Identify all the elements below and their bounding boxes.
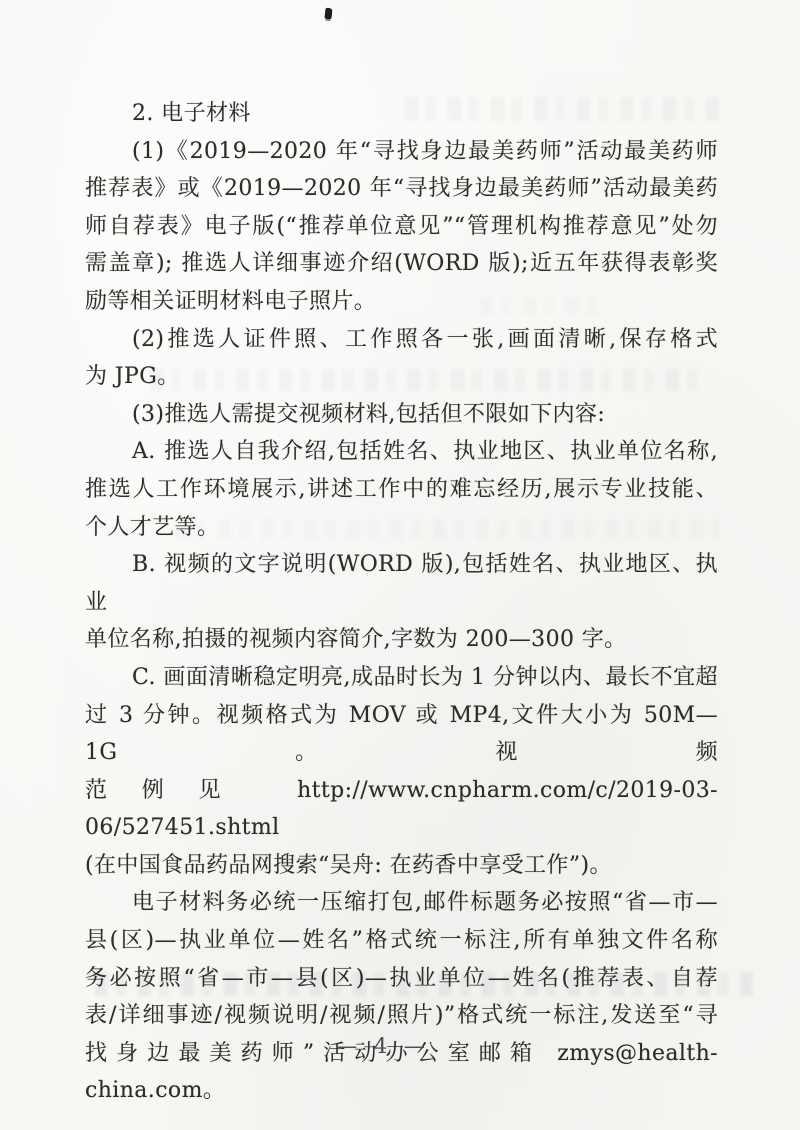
text-line: (1)《2019—2020 年“寻找身边最美药师”活动最美药师 bbox=[85, 133, 718, 171]
text-line: C. 画面清晰稳定明亮,成品时长为 1 分钟以内、最长不宜超 bbox=[85, 659, 718, 697]
text-line: (在中国食品药品网搜索“吴舟: 在药香中享受工作”)。 bbox=[85, 847, 718, 885]
text-line: 2. 电子材料 bbox=[85, 95, 718, 133]
text-line: 电子材料务必统一压缩打包,邮件标题务必按照“省—市— bbox=[85, 884, 718, 922]
text-line: 为 JPG。 bbox=[85, 358, 718, 396]
text-line: 师自荐表》电子版(“推荐单位意见”“管理机构推荐意见”处勿 bbox=[85, 208, 718, 246]
text-line: A. 推选人自我介绍,包括姓名、执业地区、执业单位名称, bbox=[85, 433, 718, 471]
text-line: (2)推选人证件照、工作照各一张,画面清晰,保存格式 bbox=[85, 321, 718, 359]
page-number: — 4 — bbox=[0, 1034, 766, 1058]
text-line: B. 视频的文字说明(WORD 版),包括姓名、执业地区、执业 bbox=[85, 546, 718, 621]
text-line: 范例见 http://www.cnpharm.com/c/2019-03-06/… bbox=[85, 772, 718, 847]
scanned-document-page: 2. 电子材料(1)《2019—2020 年“寻找身边最美药师”活动最美药师推荐… bbox=[0, 0, 800, 1130]
text-line: 励等相关证明材料电子照片。 bbox=[85, 283, 718, 321]
text-line: 务必按照“省—市—县(区)—执业单位—姓名(推荐表、自荐 bbox=[85, 960, 718, 998]
text-line: 需盖章); 推选人详细事迹介绍(WORD 版);近五年获得表彰奖 bbox=[85, 245, 718, 283]
text-line: 表/详细事迹/视频说明/视频/照片)”格式统一标注,发送至“寻 bbox=[85, 997, 718, 1035]
text-line: 过 3 分钟。视频格式为 MOV 或 MP4,文件大小为 50M—1G。视频 bbox=[85, 697, 718, 772]
ink-speck bbox=[324, 8, 332, 20]
document-text: 2. 电子材料(1)《2019—2020 年“寻找身边最美药师”活动最美药师推荐… bbox=[85, 95, 718, 1110]
text-line: 推选人工作环境展示,讲述工作中的难忘经历,展示专业技能、 bbox=[85, 471, 718, 509]
text-line: 县(区)—执业单位—姓名”格式统一标注,所有单独文件名称 bbox=[85, 922, 718, 960]
text-line: (3)推选人需提交视频材料,包括但不限如下内容: bbox=[85, 396, 718, 434]
text-line: 推荐表》或《2019—2020 年“寻找身边最美药师”活动最美药 bbox=[85, 170, 718, 208]
text-line: 单位名称,拍摄的视频内容简介,字数为 200—300 字。 bbox=[85, 621, 718, 659]
text-line: 个人才艺等。 bbox=[85, 509, 718, 547]
